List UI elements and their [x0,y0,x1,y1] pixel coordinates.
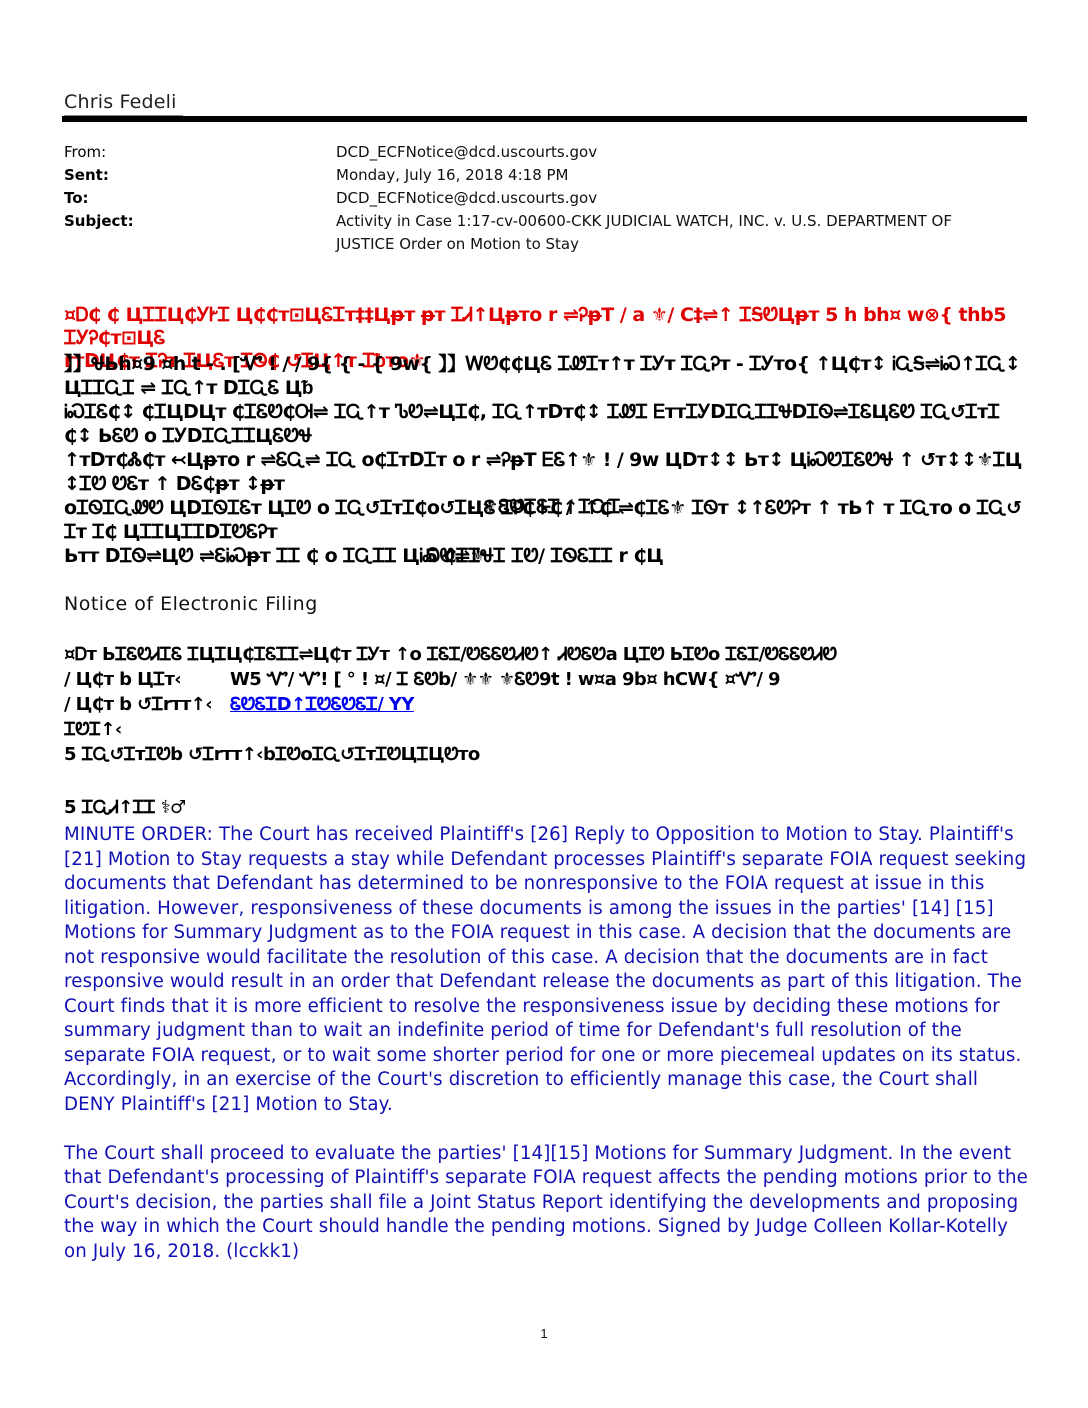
header-to-label: To: [64,187,336,210]
header-divider [62,116,1027,122]
case-name-label: / Ц₵т b ЦᏆт‹ [64,667,230,692]
header-subject-value: Activity in Case 1:17-cv-00600-CKK JUDIC… [336,210,1024,256]
filing-info-intro: ¤Ꭰт ЬᏆᏋᏬᏗᏆᏋ ᏆЦᏆЦ₵ᏆᏋᏆᏆ⇌Ц₵т ᏆᎩт ↑о ᏆᏋᏆ/ᏬᏋᏋ… [64,642,1024,667]
header-sent-row: Sent: Monday, July 16, 2018 4:18 PM [64,164,1024,187]
filer-row: ᏆᏬᏆ↑‹ [64,717,1024,742]
header-from-label: From: [64,141,336,164]
case-number-row: / Ц₵т b ↺Ꮖrтт↑‹ ᏋᏬᏋᏆꓓ↑ᏆᏬᏋᏬᏋᏆ/ YY [64,692,1024,717]
header-subject-row: Subject: Activity in Case 1:17-cv-00600-… [64,210,1024,256]
filing-info-intro-text: ¤Ꭰт ЬᏆᏋᏬᏗᏆᏋ ᏆЦᏆЦ₵ᏆᏋᏆᏆ⇌Ц₵т ᏆᎩт ↑о ᏆᏋᏆ/ᏬᏋᏋ… [64,642,837,667]
header-sent-value: Monday, July 16, 2018 4:18 PM [336,164,1024,187]
notice-of-electronic-filing-title: Notice of Electronic Filing [64,593,318,615]
document-number-label: 5 ᏆᏩ↺ᏆтᏆᏬb ↺Ꮖrтт↑‹bᏆᏬоᏆᏩ↺ᏆтᏆᏬЦᏆЦᏬто [64,742,480,767]
proceed-paragraph: The Court shall proceed to evaluate the … [64,1142,1034,1265]
court-name-line: - ⚜ᏋᏬᏆᏋᏆ / ᏆᏩᏆ [0,496,1088,518]
case-number-label: / Ц₵т b ↺Ꮖrтт↑‹ [64,692,230,717]
header-to-value: DCD_ECFNotice@dcd.uscourts.gov [336,187,1024,210]
filing-info-block: ¤Ꭰт ЬᏆᏋᏬᏗᏆᏋ ᏆЦᏆЦ₵ᏆᏋᏆᏆ⇌Ц₵т ᏆᎩт ↑о ᏆᏋᏆ/ᏬᏋᏋ… [64,642,1024,767]
header-from-row: From: DCD_ECFNotice@dcd.uscourts.gov [64,141,1024,164]
sender-name: Chris Fedeli [64,89,183,116]
page-number: 1 [0,1326,1088,1341]
header-to-row: To: DCD_ECFNotice@dcd.uscourts.gov [64,187,1024,210]
document-number-row: 5 ᏆᏩ↺ᏆтᏆᏬb ↺Ꮖrтт↑‹bᏆᏬоᏆᏩ↺ᏆтᏆᏬЦᏆЦᏬто [64,742,1024,767]
garbled-intro-paragraph: 】】ᏠЬh¤9 ¤h t - . [Ꮙ ! / / 9{ { - { 9w{ 】… [64,352,1024,568]
email-printout-page: Chris Fedeli From: DCD_ECFNotice@dcd.usc… [0,0,1088,1408]
case-number-link[interactable]: ᏋᏬᏋᏆꓓ↑ᏆᏬᏋᏬᏋᏆ/ YY [230,694,414,715]
header-from-value: DCD_ECFNotice@dcd.uscourts.gov [336,141,1024,164]
header-subject-label: Subject: [64,210,336,256]
minute-order-paragraph: MINUTE ORDER: The Court has received Pla… [64,823,1034,1117]
case-name-row: / Ц₵т b ЦᏆт‹ W5 Ꮙ/ Ꮙ! [ ° ! ¤/ Ꮖ ᏋᏬb/ ⚜⚜… [64,667,1024,692]
docket-text-label: 5 ᏆᏩᏗ↑ᏆᏆ ⚕♂ [64,797,186,818]
district-line: 5 ₵ᏆᏆᏠᏆ ᏆᏬ/ ᏆᏫᏋᏆᏆ r ₵Ц [0,545,1088,567]
docket-text: MINUTE ORDER: The Court has received Pla… [64,823,1034,1289]
header-sent-label: Sent: [64,164,336,187]
filer-label: ᏆᏬᏆ↑‹ [64,717,230,742]
case-name-value: W5 Ꮙ/ Ꮙ! [ ° ! ¤/ Ꮖ ᏋᏬb/ ⚜⚜ ⚜ᏋᏬ9t ! w¤a … [230,667,1024,692]
